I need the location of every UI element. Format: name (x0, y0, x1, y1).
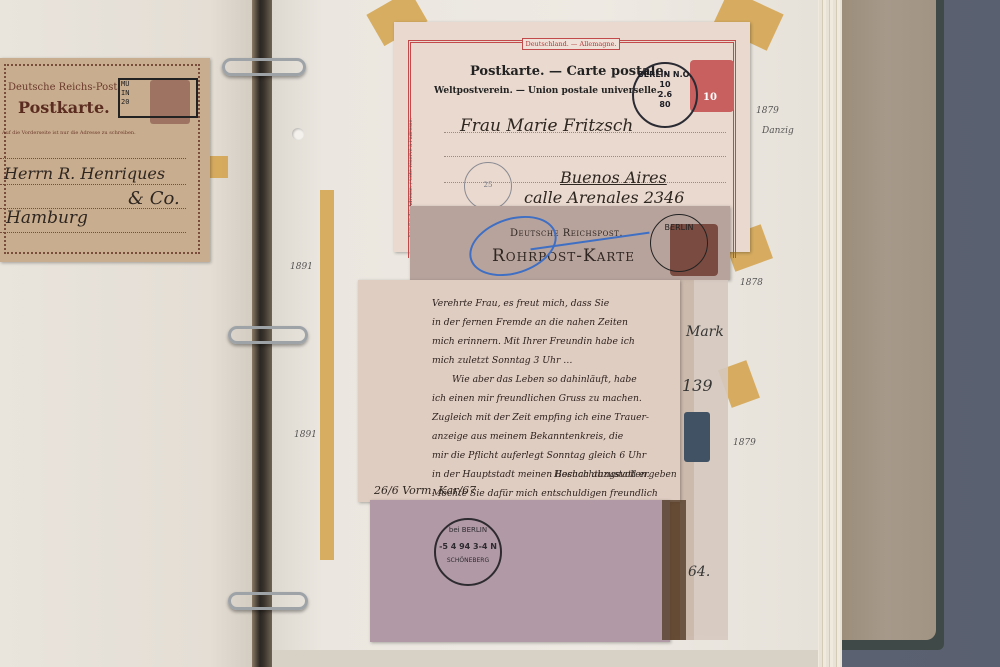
postmark-text: MÜIN20 (121, 80, 129, 107)
pencil-note: Danzig (762, 126, 794, 136)
stamp-value: 10 (703, 92, 717, 103)
dark-tape-strip (662, 500, 686, 640)
punch-hole (292, 128, 304, 140)
handwritten-letter-card: Verehrte Frau, es freut mich, dass Sie i… (358, 280, 680, 502)
address-line (0, 158, 186, 159)
purple-envelope: bei BERLIN -5 4 94 3-4 N SCHÖNEBERG (370, 500, 670, 642)
address-line (0, 184, 186, 185)
pencil-note: 1879 (733, 438, 756, 448)
address-company: & Co. (128, 188, 180, 209)
blue-stamp (684, 412, 710, 462)
letter-date-note: 26/6 Vorm. Kar/67 (374, 484, 476, 497)
binder-ring-top (222, 58, 306, 76)
postcard-hamburg: Deutsche Reichs-Post. Postkarte. Auf die… (0, 58, 210, 262)
address-name: Herrn R. Henriques (4, 164, 165, 183)
pencil-note: 1891 (290, 262, 313, 272)
hinge-tape (320, 190, 334, 560)
berlin-postmark: BERLIN (650, 214, 708, 272)
pencil-note: 1891 (294, 430, 317, 440)
address-street: calle Arenales 2346 (524, 188, 684, 207)
letter-closing: Hochachtungsvoll ergeben (554, 468, 677, 482)
handwritten-note: Mark (686, 324, 724, 340)
transit-postmark: 25 (464, 162, 512, 210)
album-inner-board (836, 0, 936, 640)
card-subtitle: Weltpostverein. — Union postale universe… (434, 86, 660, 96)
address-city: Buenos Aires (560, 168, 667, 187)
postmark-box (118, 78, 198, 118)
hinge-tape (208, 156, 228, 178)
binder-ring-bottom (228, 592, 308, 610)
page-bottom-edge (268, 650, 818, 667)
addressee: Frau Marie Fritzsch (460, 116, 633, 136)
card-title: Postkarte. (18, 98, 110, 117)
address-city: Hamburg (6, 208, 88, 228)
pencil-note: 1878 (740, 278, 763, 288)
rohrpost-card: Deutsche Reichspost. Rohrpost-Karte BERL… (410, 206, 730, 280)
address-line (444, 156, 726, 157)
card-header: Deutsche Reichs-Post. (8, 82, 121, 93)
handwritten-note: 139 (682, 376, 713, 395)
address-line (0, 232, 186, 233)
binder-ring-middle (228, 326, 308, 344)
berlin-postmark: BERLIN N.O. 10 2.6 80 (632, 62, 698, 128)
schoeneberg-postmark: bei BERLIN -5 4 94 3-4 N SCHÖNEBERG (434, 518, 502, 586)
handwritten-note: 64. (688, 564, 710, 580)
pencil-note: 1879 (756, 106, 779, 116)
card-instruction: Auf die Vorderseite ist nur die Adresse … (2, 130, 136, 136)
card-header: Deutschland. — Allemagne. (522, 38, 620, 50)
